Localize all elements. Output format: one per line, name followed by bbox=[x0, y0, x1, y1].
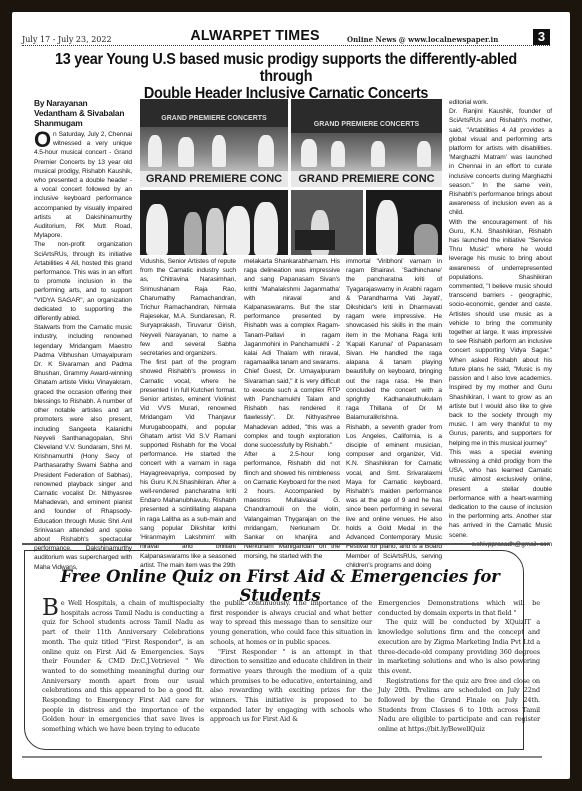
paragraph: melakarta Shankarabharnam. His raga deli… bbox=[244, 257, 340, 367]
byline: By Narayanan Vedantham & Sivabalan Shanm… bbox=[34, 98, 132, 128]
drop-cap: B bbox=[42, 599, 59, 617]
person-figure bbox=[206, 208, 224, 255]
paragraph: Emergencies Demonstrations which will be… bbox=[378, 599, 540, 618]
banner-strip: GRAND PREMIERE CONC bbox=[291, 171, 442, 187]
paragraph: This was a special evening witnessing a … bbox=[449, 448, 552, 540]
photo-banner-title: GRAND PREMIERE CONCERTS bbox=[140, 115, 288, 122]
article-column-1: By Narayanan Vedantham & Sivabalan Shanm… bbox=[34, 98, 132, 538]
photo-banner-title: GRAND PREMIERE CONCERTS bbox=[291, 121, 442, 128]
paragraph: Rishabh, a seventh grader from Los Angel… bbox=[346, 423, 442, 570]
section-divider bbox=[22, 543, 550, 545]
article-column-4: immortal 'Viribhoni' varnam in ragam Bha… bbox=[346, 257, 442, 542]
performer-figure bbox=[417, 141, 431, 167]
photo-group bbox=[140, 190, 288, 255]
article-column-2: Vidushis, Senior Artistes of repute from… bbox=[140, 257, 236, 542]
paragraph: Stalwarts from the Carnatic music indust… bbox=[34, 323, 132, 571]
publication-title: ALWARPET TIMES bbox=[190, 27, 319, 44]
drop-cap: O bbox=[34, 131, 51, 148]
paragraph: The first part of the program showed Ris… bbox=[140, 358, 236, 570]
performer-figure bbox=[178, 137, 194, 167]
paragraph: "First Responder " is an attempt in that… bbox=[210, 648, 372, 726]
paragraph: Registrations for the quiz are free and … bbox=[378, 677, 540, 735]
photo-performer-closeup bbox=[366, 190, 442, 255]
headline-line-1: 13 year Young U.S based music prodigy su… bbox=[40, 51, 531, 85]
bottom-divider bbox=[22, 756, 542, 758]
paragraph: The non-profit organization SciArtsRUs, … bbox=[34, 240, 132, 323]
paragraph: editorial work. bbox=[449, 98, 552, 107]
paragraph: On Saturday, July 2, Chennai witnessed a… bbox=[34, 130, 132, 240]
photo-stage-vocal: GRAND PREMIERE CONCERTS GRAND PREMIERE C… bbox=[140, 99, 288, 187]
podium bbox=[295, 230, 335, 250]
performer-figure bbox=[331, 141, 345, 167]
online-news-link[interactable]: Online News @ www.localnewspaper.in bbox=[347, 35, 498, 44]
performer-figure bbox=[212, 135, 226, 167]
person-figure bbox=[414, 224, 438, 255]
article-column-5: editorial work. Dr. Ranjini Kaushik, fou… bbox=[449, 98, 552, 538]
person-figure bbox=[254, 202, 278, 255]
paragraph: immortal 'Viribhoni' varnam in ragam Bha… bbox=[346, 257, 442, 423]
performer-figure bbox=[371, 141, 385, 167]
paragraph: Vidushis, Senior Artistes of repute from… bbox=[140, 257, 236, 358]
person-figure bbox=[226, 206, 250, 255]
paragraph: Chief Guest, Dr. Umayalpuram Sivaraman s… bbox=[244, 367, 340, 450]
article-headline: 13 year Young U.S based music prodigy su… bbox=[40, 51, 531, 102]
quiz-column-3: Emergencies Demonstrations which will be… bbox=[378, 599, 540, 735]
issue-date: July 17 - July 23, 2022 bbox=[22, 35, 112, 44]
photo-collage: GRAND PREMIERE CONCERTS GRAND PREMIERE C… bbox=[140, 99, 442, 255]
article-column-3: melakarta Shankarabharnam. His raga deli… bbox=[244, 257, 340, 542]
paragraph: The quiz will be conducted by XQuizIT a … bbox=[378, 618, 540, 676]
quiz-column-1: Be Well Hospitals, a chain of multispeci… bbox=[42, 599, 204, 735]
photo-stage-keyboard: GRAND PREMIERE CONCERTS GRAND PREMIERE C… bbox=[291, 99, 442, 187]
person-figure bbox=[376, 200, 398, 255]
performer-figure bbox=[258, 135, 274, 167]
paragraph: With the encouragement of his Guru, K.N.… bbox=[449, 218, 552, 448]
photo-speaker bbox=[291, 190, 363, 255]
performer-figure bbox=[301, 139, 317, 167]
banner-strip: GRAND PREMIERE CONC bbox=[140, 171, 288, 187]
paragraph: the public continuously. The importance … bbox=[210, 599, 372, 648]
person-figure bbox=[184, 212, 202, 255]
masthead: July 17 - July 23, 2022 ALWARPET TIMES O… bbox=[22, 26, 550, 46]
paragraph: Dr. Ranjini Kaushik, founder of SciArtsR… bbox=[449, 107, 552, 217]
paragraph: Be Well Hospitals, a chain of multispeci… bbox=[42, 599, 204, 735]
person-figure bbox=[146, 204, 168, 255]
quiz-column-2: the public continuously. The importance … bbox=[210, 599, 372, 725]
performer-figure bbox=[148, 135, 162, 167]
page-number: 3 bbox=[533, 29, 550, 45]
